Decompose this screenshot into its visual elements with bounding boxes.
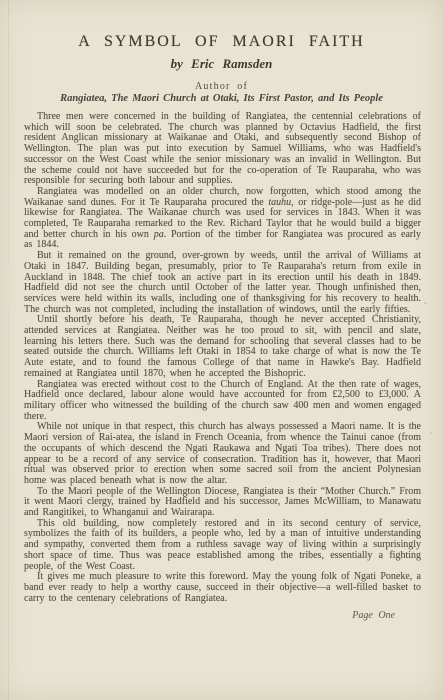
page-number: Page One: [0, 610, 443, 621]
text-run: Until shortly before his death, Te Raupa…: [24, 314, 421, 379]
page-title: A SYMBOL OF MAORI FAITH: [0, 0, 443, 51]
scanned-page: A SYMBOL OF MAORI FAITH by Eric Ramsden …: [0, 0, 443, 700]
text-run: To the Maori people of the Wellington Di…: [24, 486, 421, 518]
body-paragraph: Until shortly before his death, Te Raupa…: [24, 315, 421, 379]
body-paragraph: Three men were concerned in the building…: [24, 112, 421, 187]
scan-speck: [424, 302, 427, 304]
body-paragraph: It gives me much pleasure to write this …: [24, 572, 421, 604]
body-paragraph: Rangiatea was erected without cost to th…: [24, 380, 421, 423]
body-paragraph: This old building, now completely restor…: [24, 519, 421, 573]
text-run: While not unique in that respect, this c…: [24, 421, 421, 486]
italic-term: tauhu: [268, 197, 291, 208]
byline: by Eric Ramsden: [0, 56, 443, 72]
text-run: Three men were concerned in the building…: [24, 111, 421, 186]
body-paragraph: To the Maori people of the Wellington Di…: [24, 487, 421, 519]
body-paragraphs: Three men were concerned in the building…: [24, 112, 421, 604]
body-paragraph: Rangiatea was modelled on an older churc…: [24, 187, 421, 251]
text-run: It gives me much pleasure to write this …: [24, 571, 421, 603]
author-label: Author of: [0, 81, 443, 92]
text-run: But it remained on the ground, over-grow…: [24, 250, 421, 315]
page-crease: [8, 0, 9, 700]
scan-speck: [36, 128, 38, 130]
text-run: This old building, now completely restor…: [24, 518, 421, 572]
scan-speck: [430, 432, 432, 434]
text-run: Rangiatea was erected without cost to th…: [24, 379, 421, 422]
italic-term: pa: [154, 229, 164, 240]
author-work-title: Rangiatea, The Maori Church at Otaki, It…: [0, 93, 443, 104]
body-paragraph: While not unique in that respect, this c…: [24, 422, 421, 486]
body-paragraph: But it remained on the ground, over-grow…: [24, 251, 421, 315]
